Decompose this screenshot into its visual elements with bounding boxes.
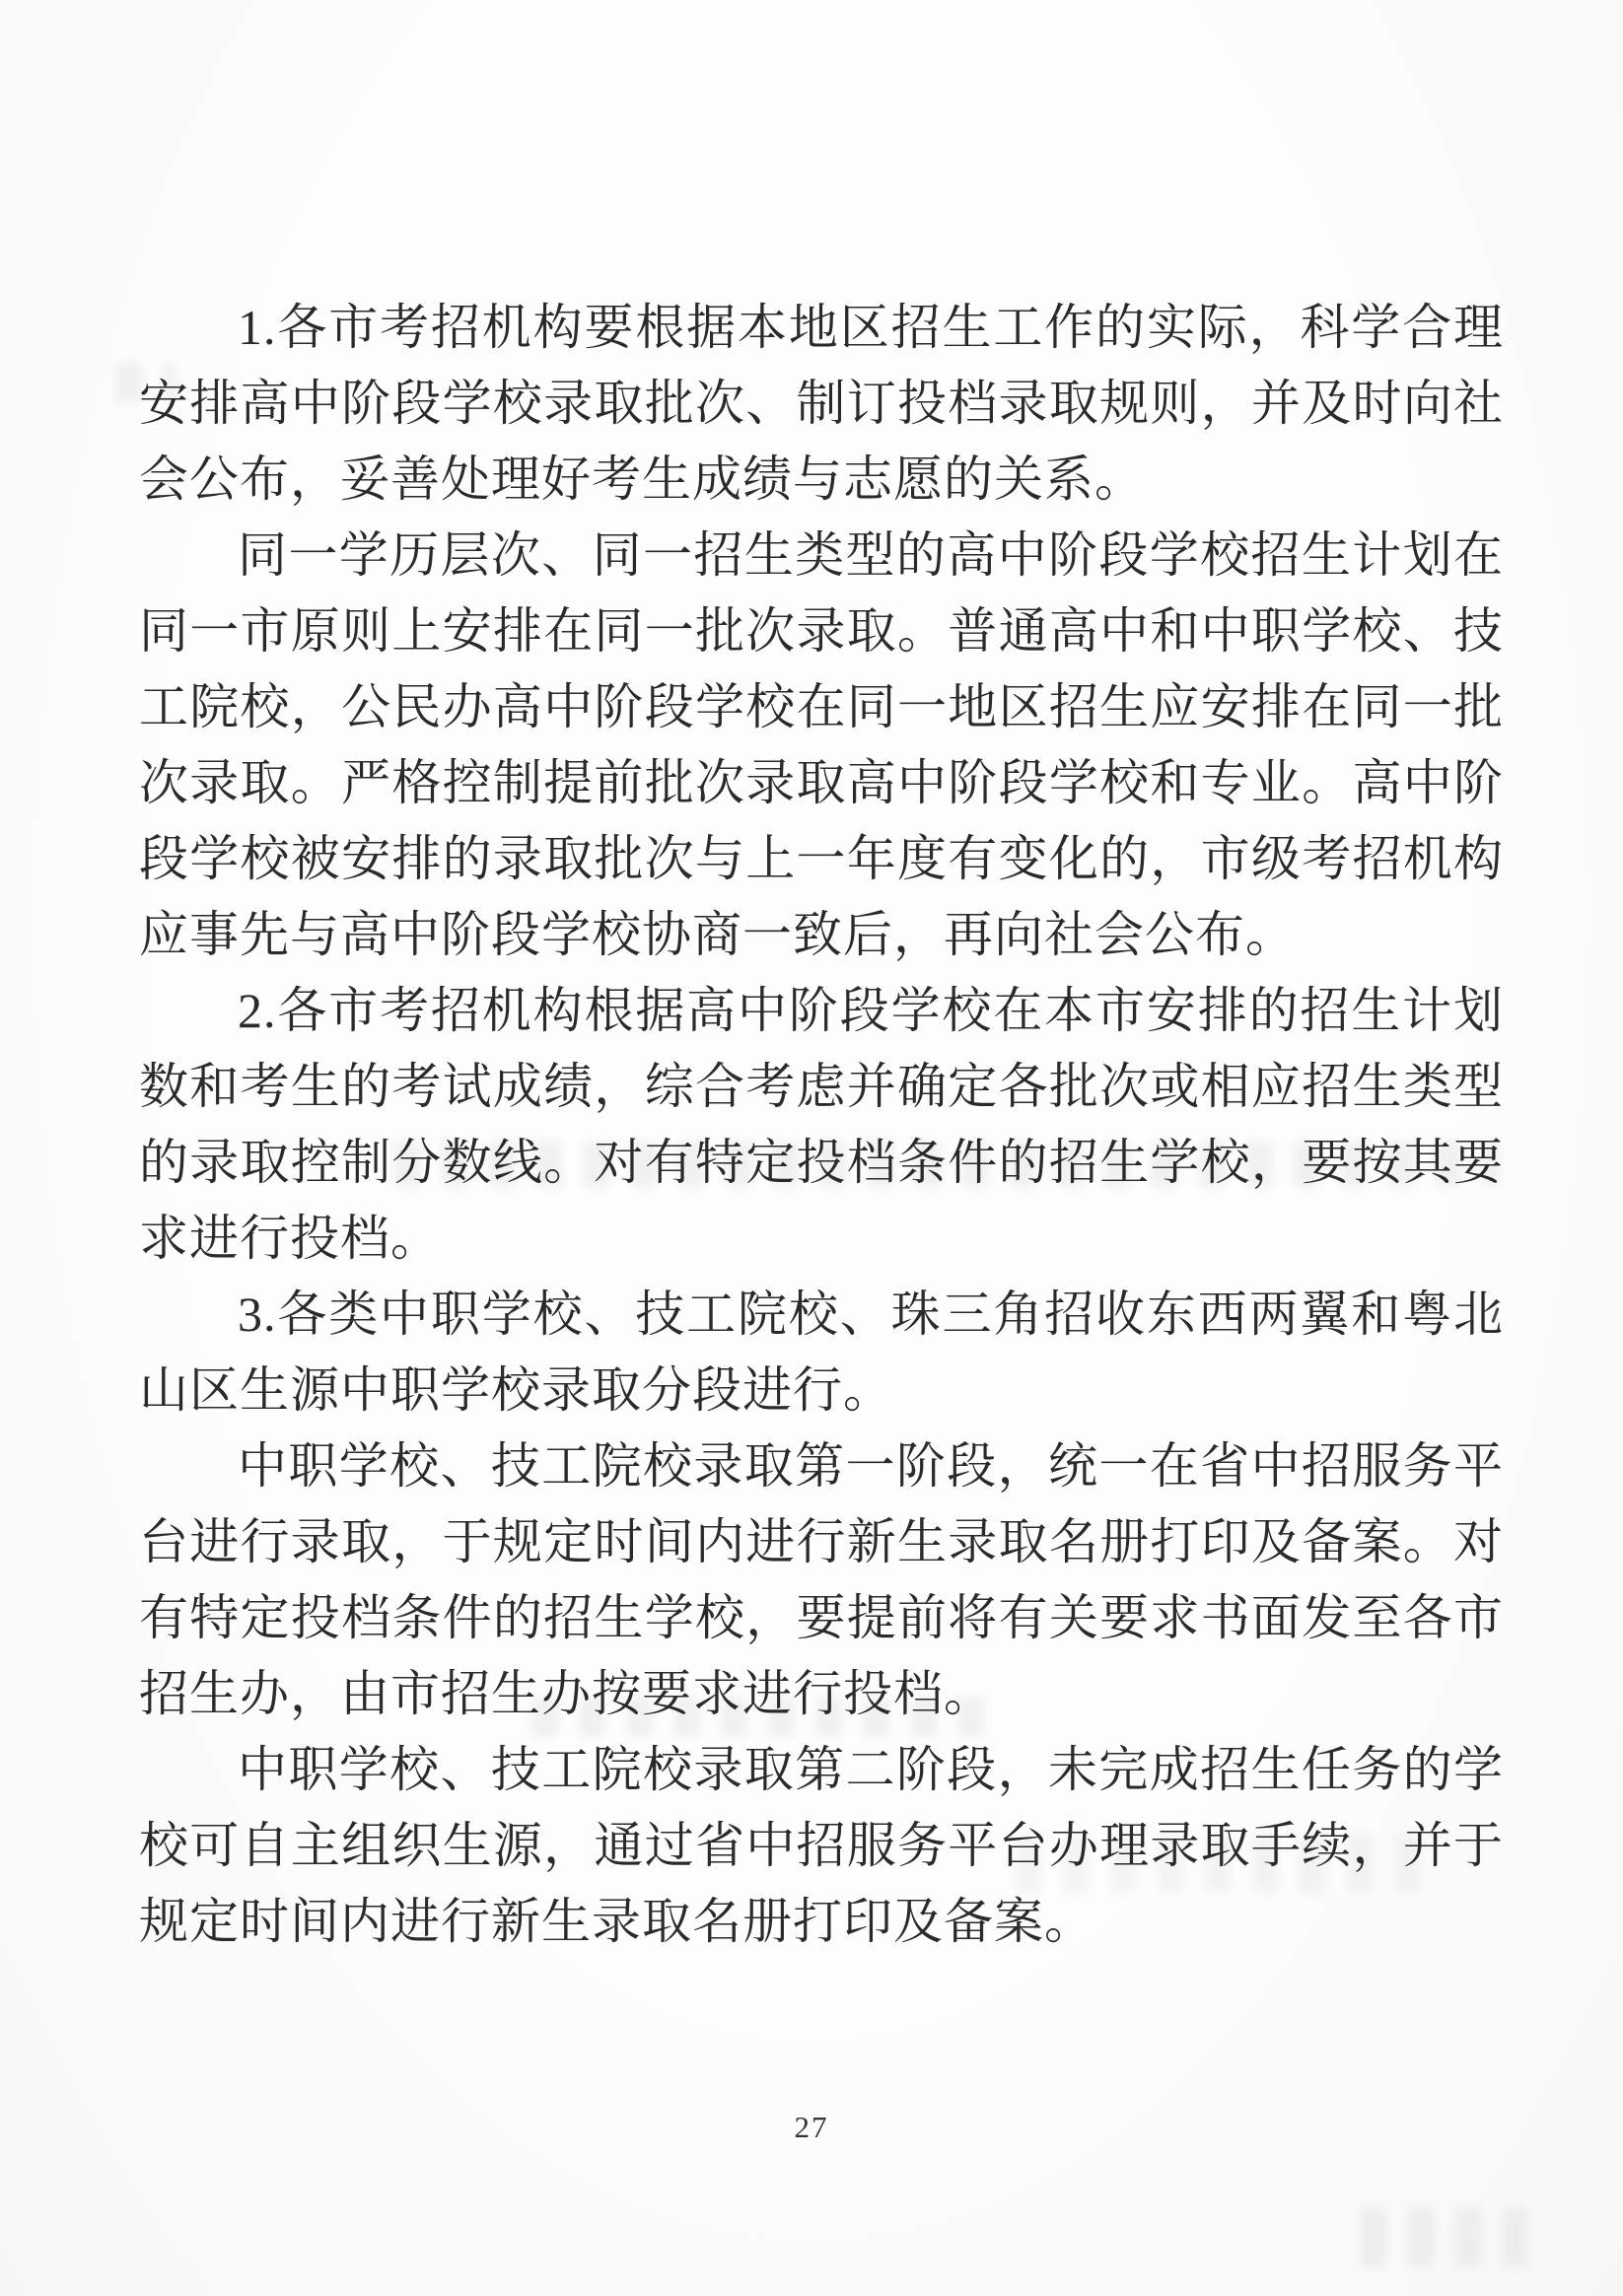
paragraph-1: 1.各市考招机构要根据本地区招生工作的实际，科学合理安排高中阶段学校录取批次、制… (139, 290, 1504, 518)
document-page: 1.各市考招机构要根据本地区招生工作的实际，科学合理安排高中阶段学校录取批次、制… (0, 0, 1623, 2296)
paragraph-5: 中职学校、技工院校录取第一阶段，统一在省中招服务平台进行录取，于规定时间内进行新… (139, 1428, 1504, 1732)
document-body: 1.各市考招机构要根据本地区招生工作的实际，科学合理安排高中阶段学校录取批次、制… (139, 290, 1504, 1960)
page-number: 27 (0, 2110, 1623, 2145)
paragraph-2: 同一学历层次、同一招生类型的高中阶段学校招生计划在同一市原则上安排在同一批次录取… (139, 518, 1504, 973)
bleedthrough-smudge (1361, 2208, 1548, 2267)
paragraph-4: 3.各类中职学校、技工院校、珠三角招收东西两翼和粤北山区生源中职学校录取分段进行… (139, 1277, 1504, 1428)
paragraph-3: 2.各市考招机构根据高中阶段学校在本市安排的招生计划数和考生的考试成绩，综合考虑… (139, 973, 1504, 1277)
paragraph-6: 中职学校、技工院校录取第二阶段，未完成招生任务的学校可自主组织生源，通过省中招服… (139, 1732, 1504, 1960)
